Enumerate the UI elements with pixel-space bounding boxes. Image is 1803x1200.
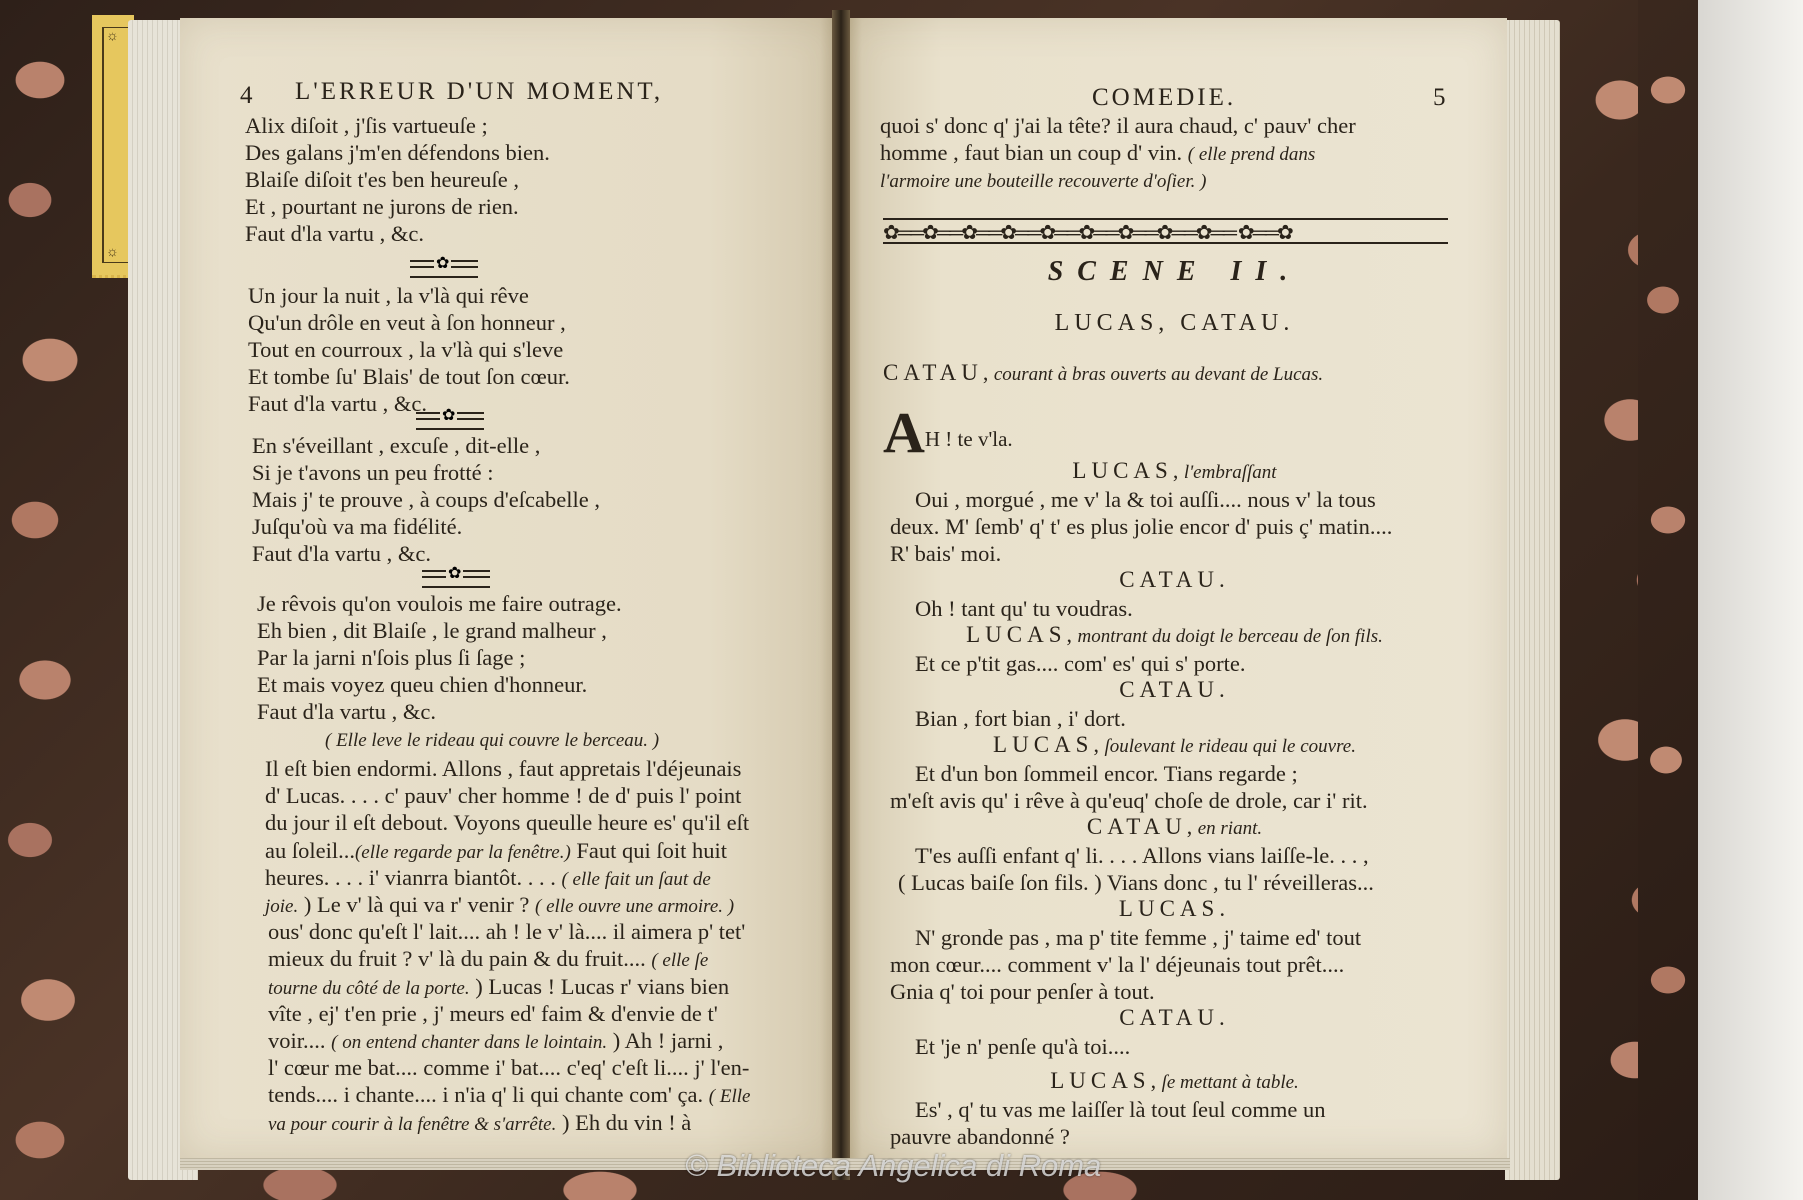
ornamental-band: ✿══✿══✿══✿══✿══✿══✿══✿══✿══ ✿══✿	[883, 218, 1448, 244]
dialogue-line: pauvre abandonné ?	[890, 1123, 1070, 1150]
comma: ,	[1067, 622, 1078, 647]
speaker-heading: CATAU, courant à bras ouverts au devant …	[883, 360, 1323, 386]
copyright-watermark: © Biblioteca Angelica di Roma	[685, 1148, 1101, 1184]
prose-line: mieux du fruit ? v' là du pain & du frui…	[268, 945, 708, 974]
speaker-name: LUCAS.	[1119, 896, 1230, 921]
dialogue-line: Et ce p'tit gas.... com' es' qui s' port…	[915, 650, 1246, 677]
italic-direction: (elle regarde par la fenêtre.)	[355, 842, 571, 863]
text-run: Il eſt bien endormi. Allons , faut appre…	[265, 756, 741, 781]
speaker-heading: LUCAS, ſe mettant à table.	[842, 1068, 1507, 1094]
verse-line: Faut d'la vartu , &c.	[252, 540, 431, 567]
dialogue-line: deux. M' ſemb' q' t' es plus jolie encor…	[890, 513, 1392, 540]
stage-direction: ſe mettant à table.	[1162, 1072, 1299, 1093]
italic-direction: ( elle ouvre une armoire. )	[535, 896, 734, 917]
page-edges-right	[1505, 20, 1560, 1180]
prose-line: du jour il eſt debout. Voyons queulle he…	[265, 809, 749, 836]
stage-direction: courant à bras ouverts au devant de Luca…	[994, 364, 1323, 385]
drop-capital: A	[883, 400, 925, 465]
speaker-heading: LUCAS, ſoulevant le rideau qui le couvre…	[842, 732, 1507, 758]
prose-line: Il eſt bien endormi. Allons , faut appre…	[265, 755, 741, 782]
text-run: quoi s' donc q' j'ai la tête? il aura ch…	[880, 113, 1356, 138]
italic-direction: va pour courir à la fenêtre & s'arrête.	[268, 1114, 556, 1135]
prose-line: d' Lucas. . . . c' pauv' cher homme ! de…	[265, 782, 741, 809]
dialogue-line: Es' , q' tu vas me laiſſer là tout ſeul …	[915, 1096, 1326, 1123]
prose-line: va pour courir à la fenêtre & s'arrête. …	[268, 1109, 691, 1138]
stage-direction: en riant.	[1198, 818, 1262, 839]
prose-line: voir.... ( on entend chanter dans le loi…	[268, 1027, 723, 1056]
text-run: vîte , ej' t'en prie , j' meurs ed' faim…	[268, 1001, 718, 1026]
page-number-right: 5	[1433, 84, 1446, 112]
prose-line: heures. . . . i' vianrra biantôt. . . . …	[265, 864, 711, 893]
characters-list: LUCAS, CATAU.	[842, 310, 1507, 337]
verse-line: Faut d'la vartu , &c.	[257, 698, 436, 725]
speaker-heading: CATAU, en riant.	[842, 814, 1507, 840]
verse-line: Et tombe ſu' Blais' de tout ſon cœur.	[248, 363, 570, 390]
speaker-name: CATAU	[1087, 814, 1187, 839]
page-number-left: 4	[240, 82, 253, 110]
speaker-heading: LUCAS, montrant du doigt le berceau de ſ…	[842, 622, 1507, 648]
verse-line: Des galans j'm'en défendons bien.	[245, 139, 550, 166]
verse-line: Et mais voyez queu chien d'honneur.	[257, 671, 587, 698]
text-run: homme , faut bian un coup d' vin.	[880, 140, 1188, 165]
running-head-right: COMEDIE.	[1092, 84, 1236, 112]
prose-line: homme , faut bian un coup d' vin. ( elle…	[880, 139, 1315, 168]
background-edge	[1698, 0, 1803, 1200]
italic-direction: ( Elle	[709, 1086, 751, 1107]
prose-line: l' cœur me bat.... comme i' bat.... c'eq…	[268, 1054, 749, 1081]
speaker-name: LUCAS	[1072, 458, 1172, 483]
speaker-heading: CATAU.	[842, 677, 1507, 703]
verse-line: Si je t'avons un peu frotté :	[252, 459, 494, 486]
speaker-name: LUCAS	[993, 732, 1093, 757]
italic-direction: joie.	[265, 896, 298, 917]
dropcap-line: AH ! te v'la.	[883, 408, 1013, 458]
verse-line: Faut d'la vartu , &c.	[248, 390, 427, 417]
dialogue-line: Bian , fort bian , i' dort.	[915, 705, 1126, 732]
verse-line: Tout en courroux , la v'là qui s'leve	[248, 336, 563, 363]
italic-direction: ( elle prend dans	[1188, 144, 1316, 165]
verse-line: Faut d'la vartu , &c.	[245, 220, 424, 247]
prose-line: l'armoire une bouteille recouverte d'oſi…	[880, 166, 1206, 195]
speaker-name: CATAU.	[1119, 677, 1230, 702]
verse-line: Eh bien , dit Blaiſe , le grand malheur …	[257, 617, 607, 644]
text-run: du jour il eſt debout. Voyons queulle he…	[265, 810, 749, 835]
comma: ,	[1173, 458, 1184, 483]
dialogue-line: N' gronde pas , ma p' tite femme , j' ta…	[915, 924, 1361, 951]
text-run: H ! te v'la.	[925, 427, 1013, 451]
dialogue-line: m'eſt avis qu' i rêve à qu'euq' choſe de…	[890, 787, 1368, 814]
verse-line: Blaiſe diſoit t'es ben heureuſe ,	[245, 166, 519, 193]
italic-direction: ( elle fait un ſaut de	[561, 869, 710, 890]
speaker-name: CATAU	[883, 360, 983, 385]
prose-line: tourne du côté de la porte. ) Lucas ! Lu…	[268, 973, 729, 1002]
verse-line: Mais j' te prouve , à coups d'eſcabelle …	[252, 486, 600, 513]
prose-line: vîte , ej' t'en prie , j' meurs ed' faim…	[268, 1000, 718, 1027]
stage-direction: ( Elle leve le rideau qui couvre le berc…	[325, 727, 659, 754]
dialogue-line: ( Lucas baiſe ſon fils. ) Vians donc , t…	[898, 869, 1374, 896]
speaker-heading: CATAU.	[842, 1005, 1507, 1031]
prose-line: ous' donc qu'eſt l' lait.... ah ! le v' …	[268, 918, 745, 945]
stage-direction: l'embraſſant	[1184, 462, 1277, 483]
verse-line: Qu'un drôle en veut à ſon honneur ,	[248, 309, 566, 336]
flower-ornament-icon: ✿	[434, 256, 451, 272]
verse-line: Par la jarni n'ſois plus ſi ſage ;	[257, 644, 525, 671]
dialogue-line: Oh ! tant qu' tu voudras.	[915, 595, 1133, 622]
text-run: d' Lucas. . . . c' pauv' cher homme ! de…	[265, 783, 741, 808]
verse-line: Alix diſoit , j'ſis vartueuſe ;	[245, 112, 488, 139]
dialogue-line: mon cœur.... comment v' la l' déjeunais …	[890, 951, 1344, 978]
speaker-name: LUCAS	[1050, 1068, 1150, 1093]
sun-ornament-icon: ☼	[106, 245, 119, 261]
flower-ornament-icon: ✿	[446, 566, 463, 582]
scene-title: SCENE II.	[842, 256, 1507, 288]
italic-direction: l'armoire une bouteille recouverte d'oſi…	[880, 171, 1206, 192]
text-run: Faut qui ſoit huit	[571, 838, 727, 863]
text-run: mieux du fruit ? v' là du pain & du frui…	[268, 946, 651, 971]
stanza-divider-ornament: ✿	[410, 260, 478, 278]
text-run: ) Ah ! jarni ,	[607, 1028, 723, 1053]
text-run: au ſoleil...	[265, 838, 355, 863]
prose-line: joie. ) Le v' là qui va r' venir ? ( ell…	[265, 891, 734, 920]
text-run: l' cœur me bat.... comme i' bat.... c'eq…	[268, 1055, 749, 1080]
text-run: voir....	[268, 1028, 331, 1053]
speaker-name: LUCAS	[966, 622, 1066, 647]
dialogue-line: Et d'un bon ſommeil encor. Tians regarde…	[915, 760, 1298, 787]
dialogue-line: T'es auſſi enfant q' li. . . . Allons vi…	[915, 842, 1369, 869]
speaker-heading: LUCAS, l'embraſſant	[842, 458, 1507, 484]
verse-line: Je rêvois qu'on voulois me faire outrage…	[257, 590, 622, 617]
speaker-heading: CATAU.	[842, 567, 1507, 593]
speaker-name: CATAU.	[1119, 1005, 1230, 1030]
verse-line: Juſqu'où va ma fidélité.	[252, 513, 462, 540]
italic-direction: tourne du côté de la porte.	[268, 978, 470, 999]
dialogue-line: Et 'je n' penſe qu'à toi....	[915, 1033, 1130, 1060]
text-run: ous' donc qu'eſt l' lait.... ah ! le v' …	[268, 919, 745, 944]
marbled-cover-right	[1638, 0, 1698, 1200]
text-run: tends.... i chante.... i n'ia q' li qui …	[268, 1082, 709, 1107]
italic-direction: ( on entend chanter dans le lointain.	[331, 1032, 607, 1053]
stage-direction: montrant du doigt le berceau de ſon fils…	[1078, 626, 1383, 647]
comma: ,	[1093, 732, 1104, 757]
text-run: heures. . . . i' vianrra biantôt. . . .	[265, 865, 561, 890]
speaker-name: CATAU.	[1119, 567, 1230, 592]
speaker-heading: LUCAS.	[842, 896, 1507, 922]
prose-line: quoi s' donc q' j'ai la tête? il aura ch…	[880, 112, 1356, 139]
stanza-divider-ornament: ✿	[416, 412, 484, 430]
text-run: ) Le v' là qui va r' venir ?	[298, 892, 535, 917]
prose-line: au ſoleil...(elle regarde par la fenêtre…	[265, 837, 727, 866]
text-run: ) Eh du vin ! à	[556, 1110, 691, 1135]
stanza-divider-ornament: ✿	[422, 570, 490, 588]
dialogue-line: R' bais' moi.	[890, 540, 1001, 567]
comma: ,	[983, 360, 994, 385]
flower-ornament-icon: ✿	[440, 408, 457, 424]
dialogue-line: Oui , morgué , me v' la & toi auſſi.... …	[915, 486, 1376, 513]
stage-direction: ſoulevant le rideau qui le couvre.	[1104, 736, 1356, 757]
verse-line: En s'éveillant , excuſe , dit-elle ,	[252, 432, 540, 459]
italic-direction: ( elle ſe	[651, 950, 708, 971]
verse-line: Un jour la nuit , la v'là qui rêve	[248, 282, 529, 309]
sun-ornament-icon: ☼	[106, 29, 119, 45]
text-run: ) Lucas ! Lucas r' vians bien	[470, 974, 730, 999]
comma: ,	[1151, 1068, 1162, 1093]
comma: ,	[1187, 814, 1198, 839]
dialogue-line: Gnia q' toi pour penſer à tout.	[890, 978, 1155, 1005]
verse-line: Et , pourtant ne jurons de rien.	[245, 193, 519, 220]
prose-line: tends.... i chante.... i n'ia q' li qui …	[268, 1081, 750, 1110]
running-head-left: L'ERREUR D'UN MOMENT,	[295, 78, 663, 106]
